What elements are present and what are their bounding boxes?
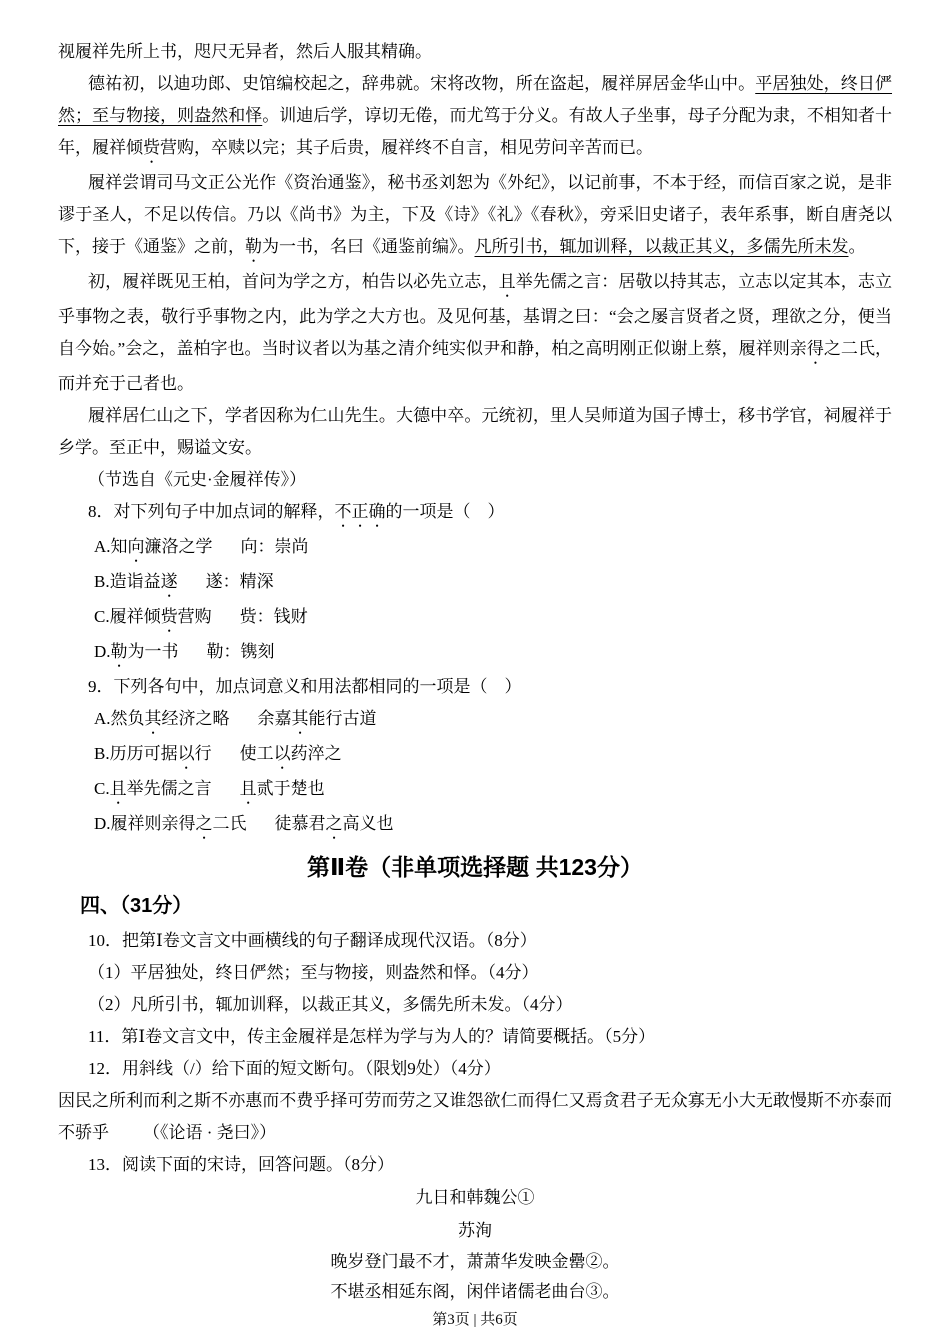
- option-text: A.然负: [94, 709, 145, 728]
- question-text: 10．把第Ⅰ卷文言文中画横线的句子翻译成现代汉语。（8分）: [88, 931, 537, 950]
- emphasis-dot-char: 勒: [111, 642, 128, 661]
- question-8-option-b: B.造诣益遂遂：精深: [58, 566, 892, 601]
- passage-text: 为一书，名曰《通鉴前编》。: [262, 237, 475, 256]
- option-gloss: 遂：精深: [206, 572, 274, 591]
- emphasis-dot-char: 且: [499, 272, 516, 291]
- option-text: 高义也: [343, 814, 394, 833]
- emphasis-dot-text: 不正确: [335, 502, 386, 521]
- passage-paragraph-4: 初，履祥既见王柏，首问为学之方，柏告以必先立志，且举先儒之言：居敬以持其志，立志…: [58, 266, 892, 400]
- option-text: 行: [195, 744, 212, 763]
- option-text: 为一书: [128, 642, 179, 661]
- emphasis-dot-char: 以: [178, 744, 195, 763]
- passage-text: 履祥居仁山之下，学者因称为仁山先生。大德中卒。元统初，里人吴师道为国子博士，移书…: [58, 406, 892, 457]
- question-text: 11．第Ⅰ卷文言文中，传主金履祥是怎样为学与为人的？请简要概括。（5分）: [88, 1027, 655, 1046]
- question-9-stem: 9．下列各句中，加点词意义和用法都相同的一项是（ ）: [58, 671, 892, 703]
- question-text: 8．对下列句子中加点词的解释，: [88, 502, 335, 521]
- source-citation: （节选自《元史·金履祥传》）: [88, 470, 306, 489]
- question-text: 13．阅读下面的宋诗，回答问题。（8分）: [88, 1155, 394, 1174]
- option-text: 徒慕君: [275, 814, 326, 833]
- emphasis-dot-char: 赀: [161, 607, 178, 626]
- option-gloss: 向：崇尚: [241, 537, 309, 556]
- emphasis-dot-char: 赀: [143, 138, 160, 157]
- option-text: A.知: [94, 537, 128, 556]
- exam-page: 视履祥先所上书，咫尺无异者，然后人服其精确。 德祐初，以迪功郎、史馆编校起之，辞…: [0, 0, 950, 1344]
- passage-paragraph-3: 履祥尝谓司马文正公光作《资治通鉴》，秘书丞刘恕为《外纪》，以记前事，不本于经，而…: [58, 167, 892, 266]
- passage-text: 。: [849, 237, 866, 256]
- option-text: C.履祥倾: [94, 607, 161, 626]
- option-text: 余嘉: [258, 709, 292, 728]
- option-text: D.履祥则亲得: [94, 814, 196, 833]
- underlined-sentence-2: 凡所引书，辄加训释，以裁正其义，多儒先所未发: [475, 237, 849, 256]
- question-10-sub-2: （2）凡所引书，辄加训释，以裁正其义，多儒先所未发。（4分）: [58, 989, 892, 1021]
- passage-text: 视履祥先所上书，咫尺无异者，然后人服其精确。: [58, 42, 432, 61]
- emphasis-dot-char: 遂: [161, 572, 178, 591]
- exam-content: 视履祥先所上书，咫尺无异者，然后人服其精确。 德祐初，以迪功郎、史馆编校起之，辞…: [0, 0, 950, 1333]
- emphasis-dot-char: 勒: [245, 237, 262, 256]
- option-text: 二氏: [213, 814, 247, 833]
- question-13-stem: 13．阅读下面的宋诗，回答问题。（8分）: [58, 1149, 892, 1181]
- question-8-option-a: A.知向濂洛之学向：崇尚: [58, 531, 892, 566]
- option-text: C.: [94, 779, 110, 798]
- option-gloss: 赀：钱财: [240, 607, 308, 626]
- question-9-option-d: D.履祥则亲得之二氏徒慕君之高义也: [58, 808, 892, 843]
- question-8-option-d: D.勒为一书勒：镌刻: [58, 636, 892, 671]
- question-9-option-b: B.历历可据以行使工以药淬之: [58, 738, 892, 773]
- passage-paragraph-5: 履祥居仁山之下，学者因称为仁山先生。大德中卒。元统初，里人吴师道为国子博士，移书…: [58, 400, 892, 464]
- emphasis-dot-char: 其: [292, 709, 309, 728]
- option-text: 贰于楚也: [257, 779, 325, 798]
- part-4-heading: 四、（31分）: [58, 887, 892, 925]
- question-text: 12．用斜线（/）给下面的短文断句。（限划9处）（4分）: [88, 1059, 501, 1078]
- section-2-heading: 第Ⅱ卷（非单项选择题 共123分）: [58, 847, 892, 887]
- question-10-stem: 10．把第Ⅰ卷文言文中画横线的句子翻译成现代汉语。（8分）: [58, 925, 892, 957]
- option-text: 经济之略: [162, 709, 230, 728]
- question-text: 9．下列各句中，加点词意义和用法都相同的一项是（ ）: [88, 677, 522, 696]
- option-text: 能行古道: [309, 709, 377, 728]
- emphasis-dot-char: 向: [128, 537, 145, 556]
- option-text: 药淬之: [291, 744, 342, 763]
- passage-paragraph-1: 视履祥先所上书，咫尺无异者，然后人服其精确。: [58, 36, 892, 68]
- emphasis-dot-char: 且: [110, 779, 127, 798]
- question-9-option-a: A.然负其经济之略余嘉其能行古道: [58, 703, 892, 738]
- question-text: 的一项是（ ）: [386, 502, 505, 521]
- emphasis-dot-char: 之: [196, 814, 213, 833]
- question-8-option-c: C.履祥倾赀营购赀：钱财: [58, 601, 892, 636]
- page-number-footer: 第3页 | 共6页: [58, 1307, 892, 1333]
- emphasis-dot-char: 得: [807, 339, 824, 358]
- punctuation-passage-source: （《论语 · 尧曰》）: [143, 1123, 276, 1142]
- poem-author: 苏洵: [58, 1215, 892, 1247]
- poem-title: 九日和韩魏公①: [58, 1181, 892, 1215]
- question-12-passage: 因民之所利而利之斯不亦惠而不费乎择可劳而劳之又谁怨欲仁而得仁又焉贪君子无众寡无小…: [58, 1085, 892, 1149]
- option-gloss: 勒：镌刻: [207, 642, 275, 661]
- option-text: 营购: [178, 607, 212, 626]
- question-9-option-c: C.且举先儒之言且贰于楚也: [58, 773, 892, 808]
- question-text: （2）凡所引书，辄加训释，以裁正其义，多儒先所未发。（4分）: [88, 995, 573, 1014]
- option-text: B.历历可据: [94, 744, 178, 763]
- question-8-stem: 8．对下列句子中加点词的解释，不正确的一项是（ ）: [58, 496, 892, 531]
- question-text: （1）平居独处，终日俨然；至与物接，则盎然和怿。（4分）: [88, 963, 539, 982]
- option-text: B.造诣益: [94, 572, 161, 591]
- poem-line-2: 不堪丞相延东阁，闲伴诸儒老曲台③。: [58, 1277, 892, 1307]
- passage-paragraph-2: 德祐初，以迪功郎、史馆编校起之，辞弗就。宋将改物，所在盗起，履祥屏居金华山中。平…: [58, 68, 892, 167]
- poem-line-1: 晚岁登门最不才，萧萧华发映金罍②。: [58, 1247, 892, 1277]
- passage-text: 初，履祥既见王柏，首问为学之方，柏告以必先立志，: [88, 272, 499, 291]
- passage-text: 营购，卒赎以完；其子后贵，履祥终不自言，相见劳问辛苦而已。: [160, 138, 653, 157]
- emphasis-dot-char: 之: [326, 814, 343, 833]
- question-10-sub-1: （1）平居独处，终日俨然；至与物接，则盎然和怿。（4分）: [58, 957, 892, 989]
- option-text: D.: [94, 642, 111, 661]
- question-11-stem: 11．第Ⅰ卷文言文中，传主金履祥是怎样为学与为人的？请简要概括。（5分）: [58, 1021, 892, 1053]
- option-text: 濂洛之学: [145, 537, 213, 556]
- emphasis-dot-char: 以: [274, 744, 291, 763]
- emphasis-dot-char: 其: [145, 709, 162, 728]
- option-text: 使工: [240, 744, 274, 763]
- passage-text: 德祐初，以迪功郎、史馆编校起之，辞弗就。宋将改物，所在盗起，履祥屏居金华山中。: [88, 74, 755, 93]
- question-12-stem: 12．用斜线（/）给下面的短文断句。（限划9处）（4分）: [58, 1053, 892, 1085]
- passage-source: （节选自《元史·金履祥传》）: [58, 464, 892, 496]
- emphasis-dot-char: 且: [240, 779, 257, 798]
- option-text: 举先儒之言: [127, 779, 212, 798]
